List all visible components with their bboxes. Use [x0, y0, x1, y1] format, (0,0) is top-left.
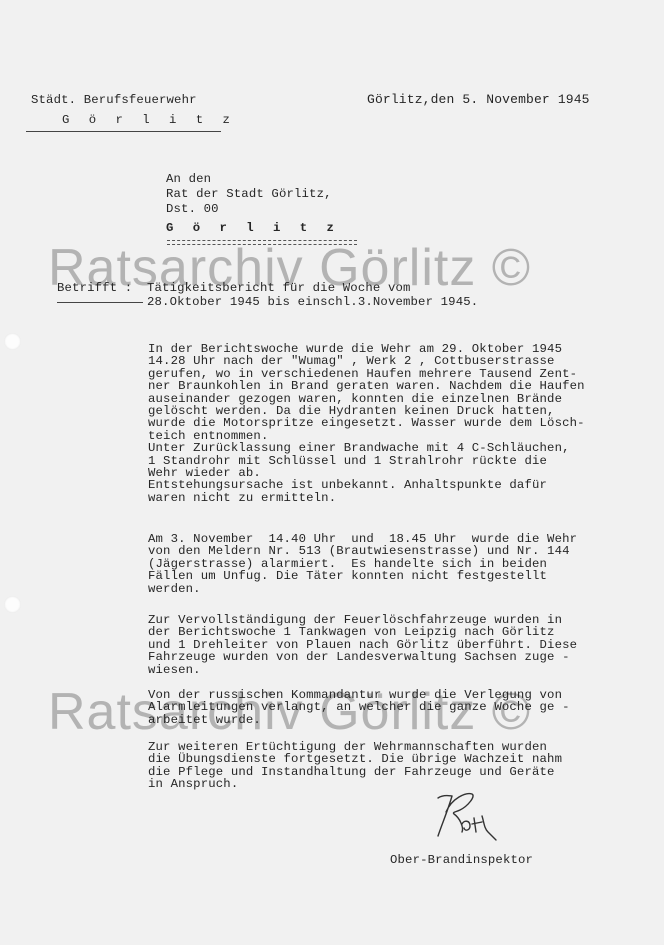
body-line: von den Meldern Nr. 513 (Brautwiesenstra…: [148, 545, 577, 557]
subject-line2: 28.Oktober 1945 bis einschl.3.November 1…: [147, 296, 478, 308]
sender-city: G ö r l i t z: [62, 114, 236, 126]
handwritten-signature: [432, 788, 502, 848]
recipient-dept: Dst. 00: [166, 203, 219, 215]
body-line: Alarmleitungen verlangt, an welcher die …: [148, 701, 570, 713]
paragraph-3: Zur Vervollständigung der Feuerlöschfahr…: [148, 614, 577, 676]
body-line: ner Braunkohlen in Brand geraten waren. …: [148, 380, 585, 392]
punch-hole-bottom: [4, 596, 21, 613]
recipient-org: Rat der Stadt Görlitz,: [166, 188, 332, 200]
paragraph-2: Am 3. November 14.40 Uhr und 18.45 Uhr w…: [148, 533, 577, 595]
sender-underline: [26, 131, 221, 132]
body-line: wurde die Motorspritze eingesetzt. Wasse…: [148, 417, 585, 429]
subject-dash: [57, 302, 143, 303]
subject-line1: Tätigkeitsbericht für die Woche vom: [147, 282, 411, 294]
body-line: wiesen.: [148, 664, 577, 676]
subject-label: Betrifft :: [57, 282, 132, 294]
body-line: die Übungsdienste fortgesetzt. Die übrig…: [148, 753, 562, 765]
body-line: 14.28 Uhr nach der "Wumag" , Werk 2 , Co…: [148, 355, 585, 367]
document-page: Städt. Berufsfeuerwehr G ö r l i t z Gör…: [0, 0, 664, 945]
recipient-salutation: An den: [166, 173, 211, 185]
signatory-title: Ober-Brandinspektor: [390, 854, 533, 866]
body-line: Fällen um Unfug. Die Täter konnten nicht…: [148, 570, 577, 582]
body-line: arbeitet wurde.: [148, 714, 570, 726]
body-line: Fahrzeuge wurden von der Landesverwaltun…: [148, 651, 577, 663]
paragraph-5: Zur weiteren Ertüchtigung der Wehrmannsc…: [148, 741, 562, 791]
body-line: der Berichtswoche 1 Tankwagen von Leipzi…: [148, 626, 577, 638]
paragraph-4: Von der russischen Kommandantur wurde di…: [148, 689, 570, 726]
paragraph-1: In der Berichtswoche wurde die Wehr am 2…: [148, 343, 585, 504]
recipient-city: G ö r l i t z: [166, 222, 340, 234]
sender-name: Städt. Berufsfeuerwehr: [31, 94, 197, 106]
body-line: Unter Zurücklassung einer Brandwache mit…: [148, 442, 585, 454]
body-line: waren nicht zu ermitteln.: [148, 492, 585, 504]
punch-hole-top: [4, 333, 21, 350]
body-line: werden.: [148, 583, 577, 595]
body-line: Entstehungsursache ist unbekannt. Anhalt…: [148, 479, 585, 491]
date-line: Görlitz,den 5. November 1945: [367, 94, 590, 106]
